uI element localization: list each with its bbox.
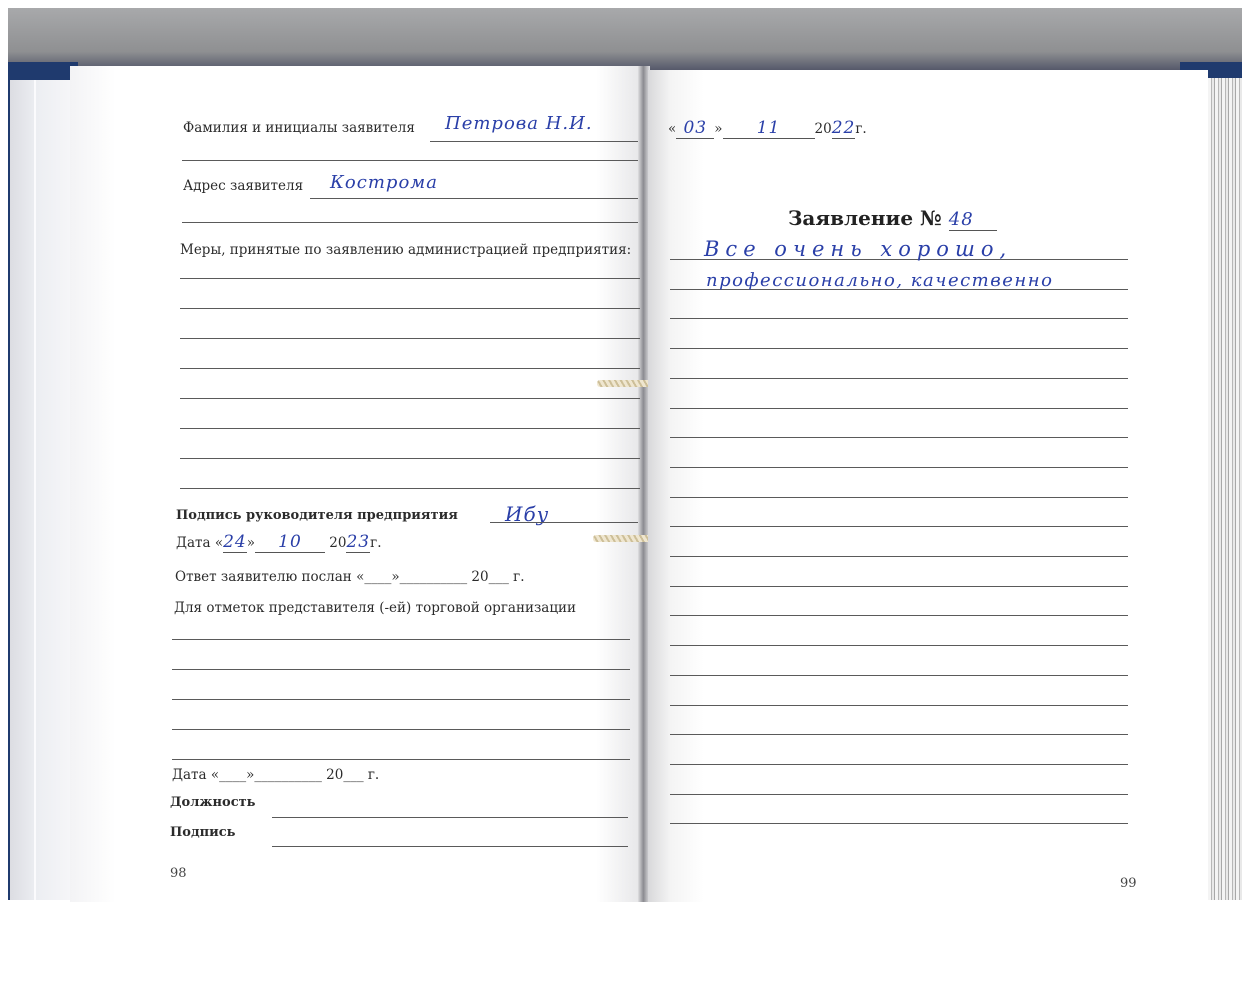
statement-date-year: 22 bbox=[832, 118, 856, 139]
ruled-line bbox=[172, 759, 630, 760]
ruled-line bbox=[180, 398, 640, 399]
ruled-line bbox=[670, 437, 1128, 438]
ruled-line bbox=[670, 526, 1128, 527]
page-number-right: 99 bbox=[1120, 876, 1137, 891]
ruled-line bbox=[670, 378, 1128, 379]
date-mid: » bbox=[247, 535, 255, 551]
ruled-line bbox=[180, 368, 640, 369]
statement-date-day: 03 bbox=[676, 118, 714, 139]
ruled-line bbox=[670, 467, 1128, 468]
right-page bbox=[648, 70, 1208, 902]
manager-signature-label: Подпись руководителя предприятия bbox=[176, 508, 458, 523]
statement-number: 48 bbox=[949, 209, 997, 231]
applicant-address-value: Кострома bbox=[330, 172, 438, 193]
bottom-date-label: Дата «____»__________ 20___ г. bbox=[172, 767, 379, 783]
applicant-name-line bbox=[430, 141, 640, 142]
statement-text-line-1: Все очень хорошо, bbox=[704, 237, 1012, 261]
ruled-line bbox=[180, 428, 640, 429]
page-edges-right bbox=[1208, 78, 1242, 900]
applicant-address-line bbox=[310, 198, 640, 199]
ruled-line bbox=[670, 497, 1128, 498]
ruled-line bbox=[670, 645, 1128, 646]
ruled-line bbox=[670, 764, 1128, 765]
scanner-background bbox=[8, 8, 1242, 70]
signature-label: Подпись bbox=[170, 825, 236, 840]
statement-date-year-prefix: 20 bbox=[815, 121, 832, 137]
signature-line bbox=[272, 846, 628, 847]
applicant-name-label: Фамилия и инициалы заявителя bbox=[183, 120, 415, 136]
date-day: 24 bbox=[223, 532, 247, 553]
date-month: 10 bbox=[255, 532, 325, 553]
ruled-line bbox=[180, 308, 640, 309]
page-edges-left bbox=[10, 80, 76, 900]
ruled-line bbox=[670, 408, 1128, 409]
statement-title: Заявление № 48 bbox=[788, 206, 997, 231]
position-line bbox=[272, 817, 628, 818]
page-number-left: 98 bbox=[170, 866, 187, 881]
ruled-line bbox=[172, 699, 630, 700]
manager-date-row: Дата «24»10 2023г. bbox=[176, 532, 382, 553]
ruled-line bbox=[670, 675, 1128, 676]
reply-sent-label: Ответ заявителю послан «____»__________ … bbox=[175, 569, 524, 585]
ruled-line bbox=[670, 823, 1128, 824]
date-suffix: г. bbox=[370, 535, 381, 551]
ruled-line bbox=[180, 278, 640, 279]
statement-date-open: « bbox=[668, 121, 676, 137]
statement-title-text: Заявление № bbox=[788, 206, 942, 230]
ruled-line bbox=[670, 794, 1128, 795]
ruled-line bbox=[670, 615, 1128, 616]
ruled-line bbox=[670, 734, 1128, 735]
ruled-line bbox=[670, 586, 1128, 587]
applicant-name-value: Петрова Н.И. bbox=[445, 113, 593, 134]
applicant-address-line-2 bbox=[182, 222, 640, 223]
ruled-line bbox=[670, 318, 1128, 319]
measures-label: Меры, принятые по заявлению администраци… bbox=[180, 242, 631, 258]
statement-date-mid: » bbox=[714, 121, 722, 137]
date-label: Дата « bbox=[176, 535, 223, 551]
date-year: 23 bbox=[346, 532, 370, 553]
ruled-line bbox=[180, 488, 640, 489]
applicant-name-line-2 bbox=[182, 160, 640, 161]
statement-date-row: «03»112022г. bbox=[668, 118, 867, 139]
ruled-line bbox=[172, 729, 630, 730]
statement-text-line-2: профессионально, качественно bbox=[706, 270, 1053, 291]
ruled-line bbox=[180, 338, 640, 339]
ruled-line bbox=[172, 669, 630, 670]
date-year-prefix: 20 bbox=[329, 535, 346, 551]
trade-rep-label: Для отметок представителя (-ей) торговой… bbox=[174, 600, 576, 616]
applicant-address-label: Адрес заявителя bbox=[183, 178, 303, 194]
ruled-line bbox=[172, 639, 630, 640]
statement-date-month: 11 bbox=[723, 118, 815, 139]
statement-date-suffix: г. bbox=[855, 121, 866, 137]
ruled-line bbox=[670, 348, 1128, 349]
ruled-line bbox=[670, 556, 1128, 557]
position-label: Должность bbox=[170, 795, 256, 810]
ruled-line bbox=[180, 458, 640, 459]
manager-signature-line bbox=[490, 522, 640, 523]
ruled-line bbox=[670, 705, 1128, 706]
